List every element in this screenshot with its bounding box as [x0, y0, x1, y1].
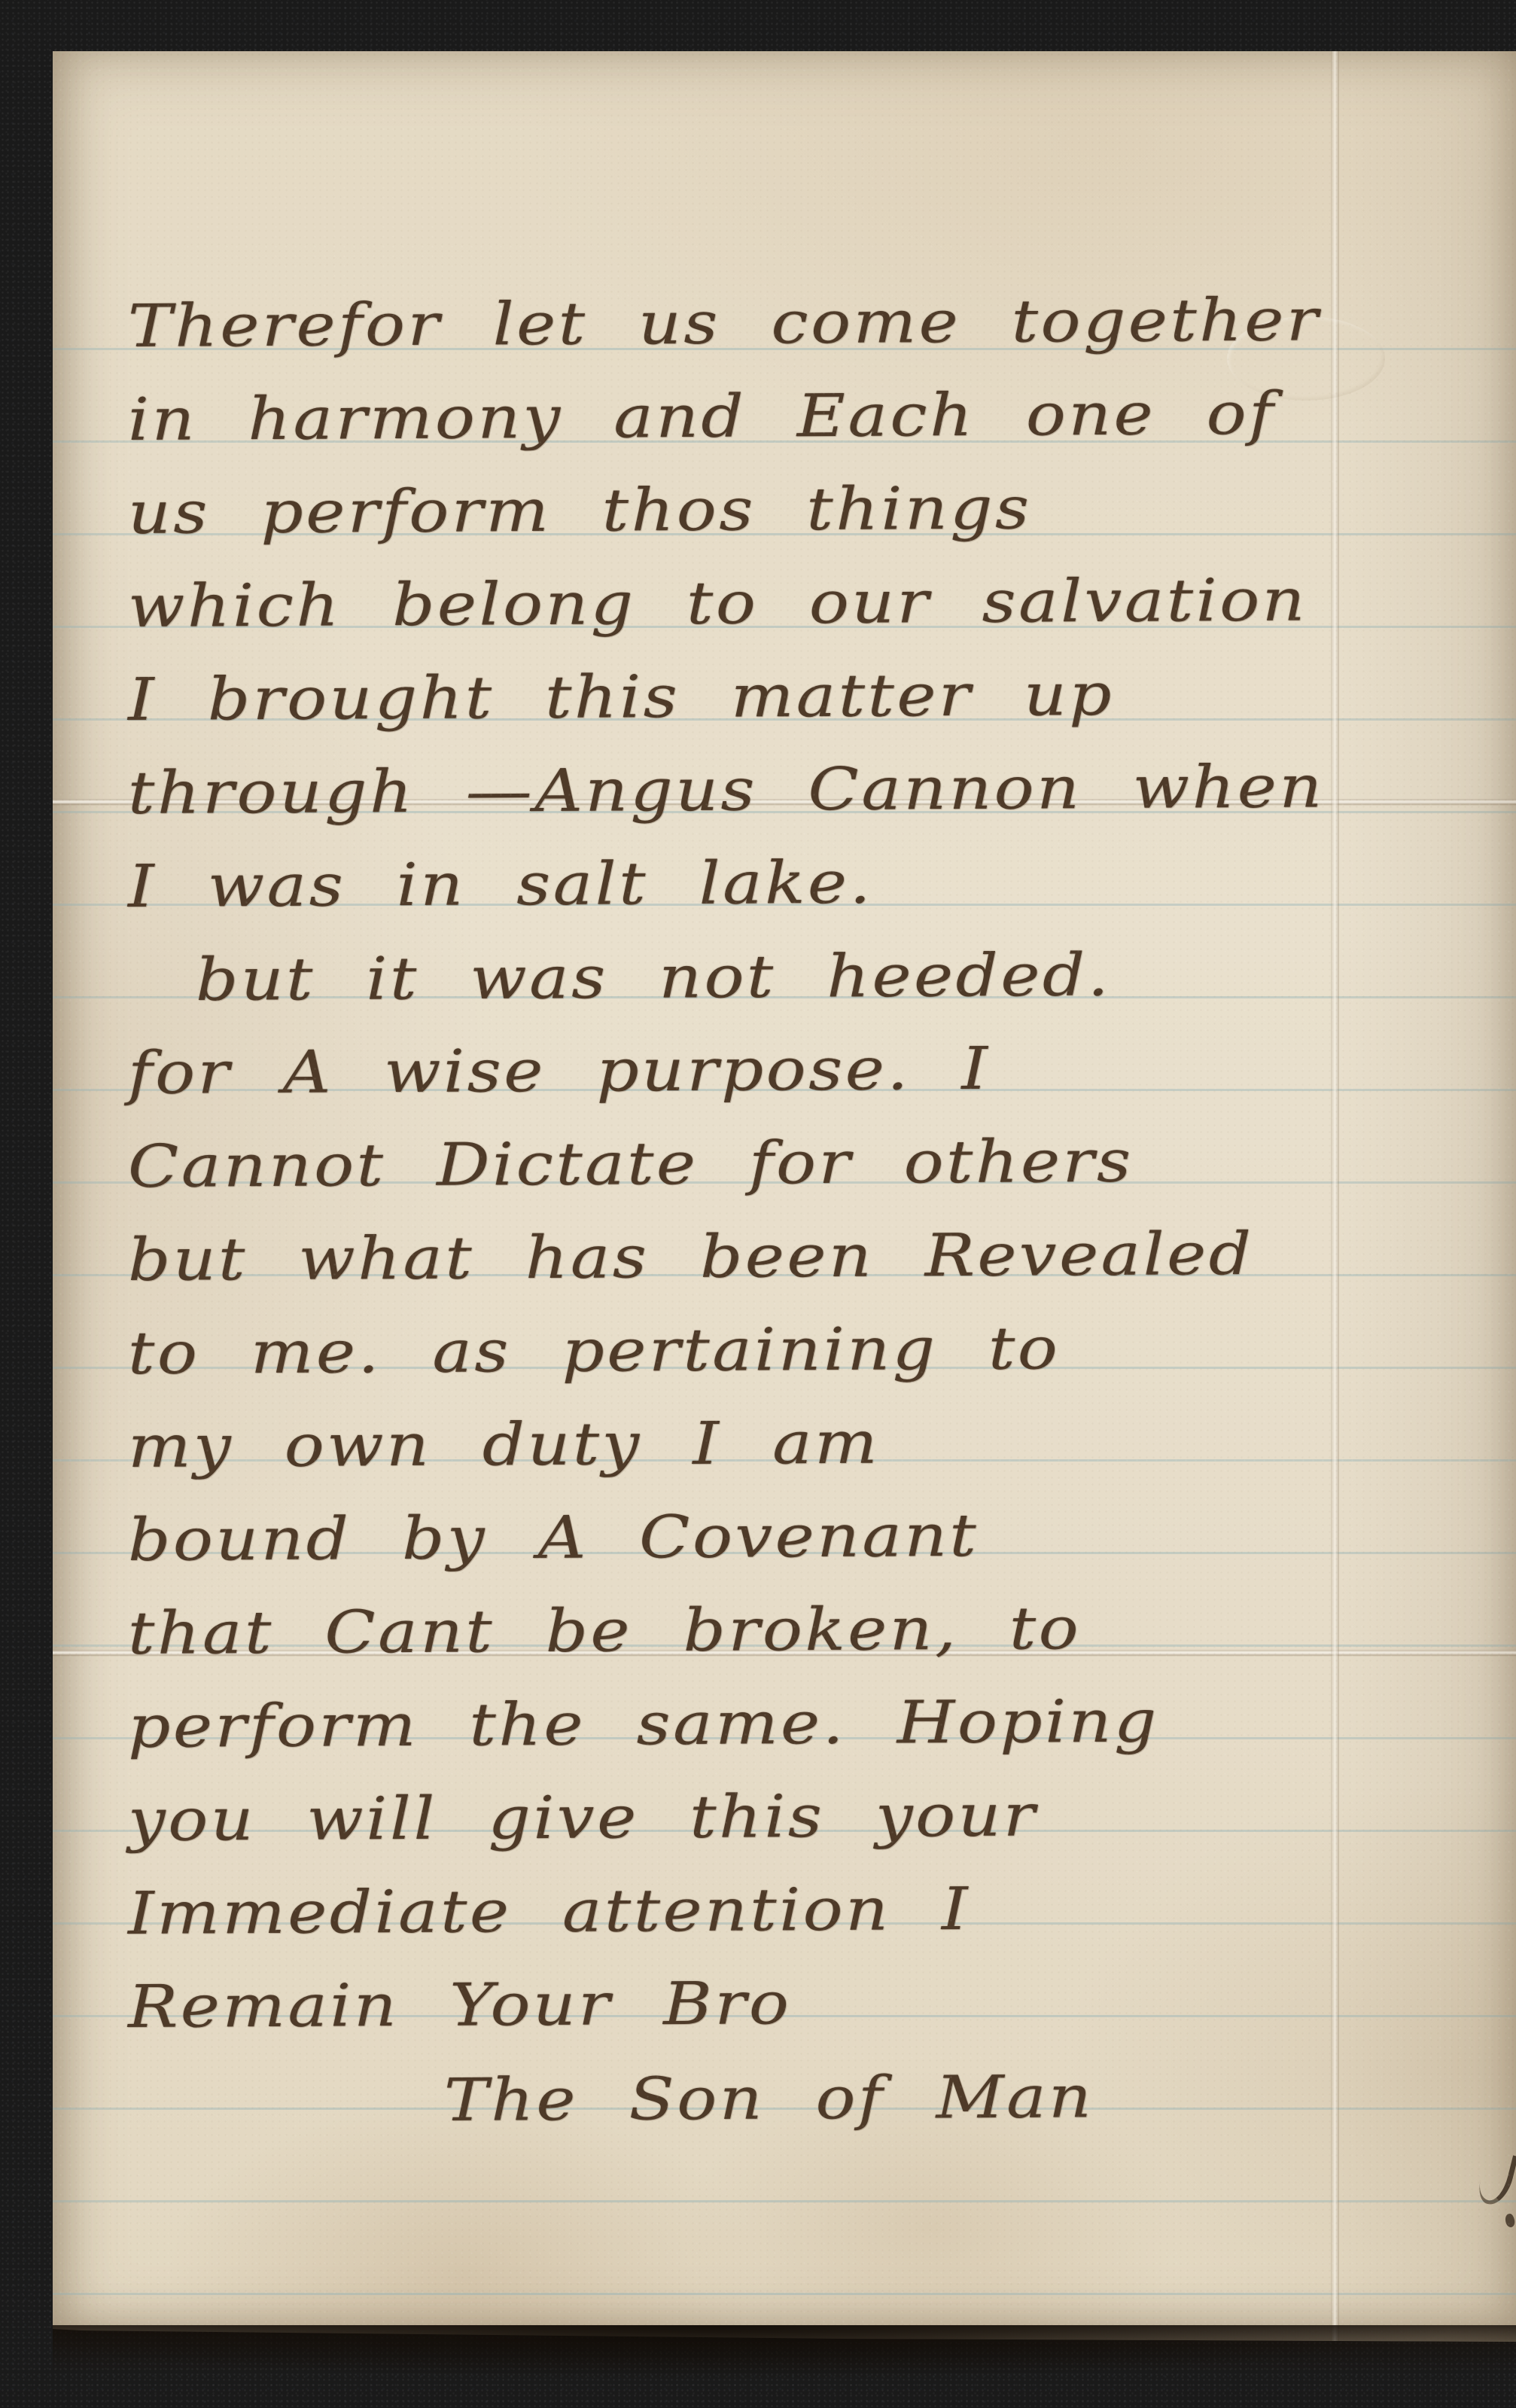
handwriting-line: us perform thos things — [128, 480, 1032, 543]
handwriting-line: for A wise purpose. I — [128, 1040, 991, 1103]
handwriting-line: but what has been Revealed — [128, 1225, 1254, 1290]
handwriting-text: Therefor let us come togetherin harmony … — [53, 51, 1516, 2342]
handwriting-line: Therefor let us come together — [128, 291, 1321, 356]
handwriting-line: I was in salt lake. — [128, 854, 873, 916]
handwriting-line: through —Angus Cannon when — [128, 757, 1325, 823]
handwriting-line: which belong to our salvation — [128, 572, 1307, 636]
handwriting-line: I brought this matter up — [128, 666, 1114, 730]
handwriting-line: that Cant be broken, to — [128, 1599, 1082, 1663]
handwriting-line: Immediate attention I — [128, 1880, 971, 1943]
handwriting-line: The Son of Man — [444, 2068, 1094, 2130]
handwriting-line: my own duty I am — [128, 1414, 880, 1477]
handwriting-line: perform the same. Hoping — [128, 1693, 1159, 1757]
scanned-letter-page: Therefor let us come togetherin harmony … — [0, 0, 1516, 2408]
letter-paper: Therefor let us come togetherin harmony … — [53, 51, 1516, 2342]
handwriting-line: in harmony and Each one of — [128, 385, 1277, 450]
handwriting-line: to me. as pertaining to — [128, 1319, 1061, 1383]
handwriting-line: but it was not heeded. — [196, 946, 1112, 1010]
handwriting-line: Cannot Dictate for others — [128, 1132, 1134, 1196]
handwriting-line: Remain Your Bro — [128, 1974, 792, 2037]
handwriting-line: bound by A Covenant — [128, 1507, 979, 1570]
handwriting-line: you will give this your — [128, 1786, 1038, 1850]
